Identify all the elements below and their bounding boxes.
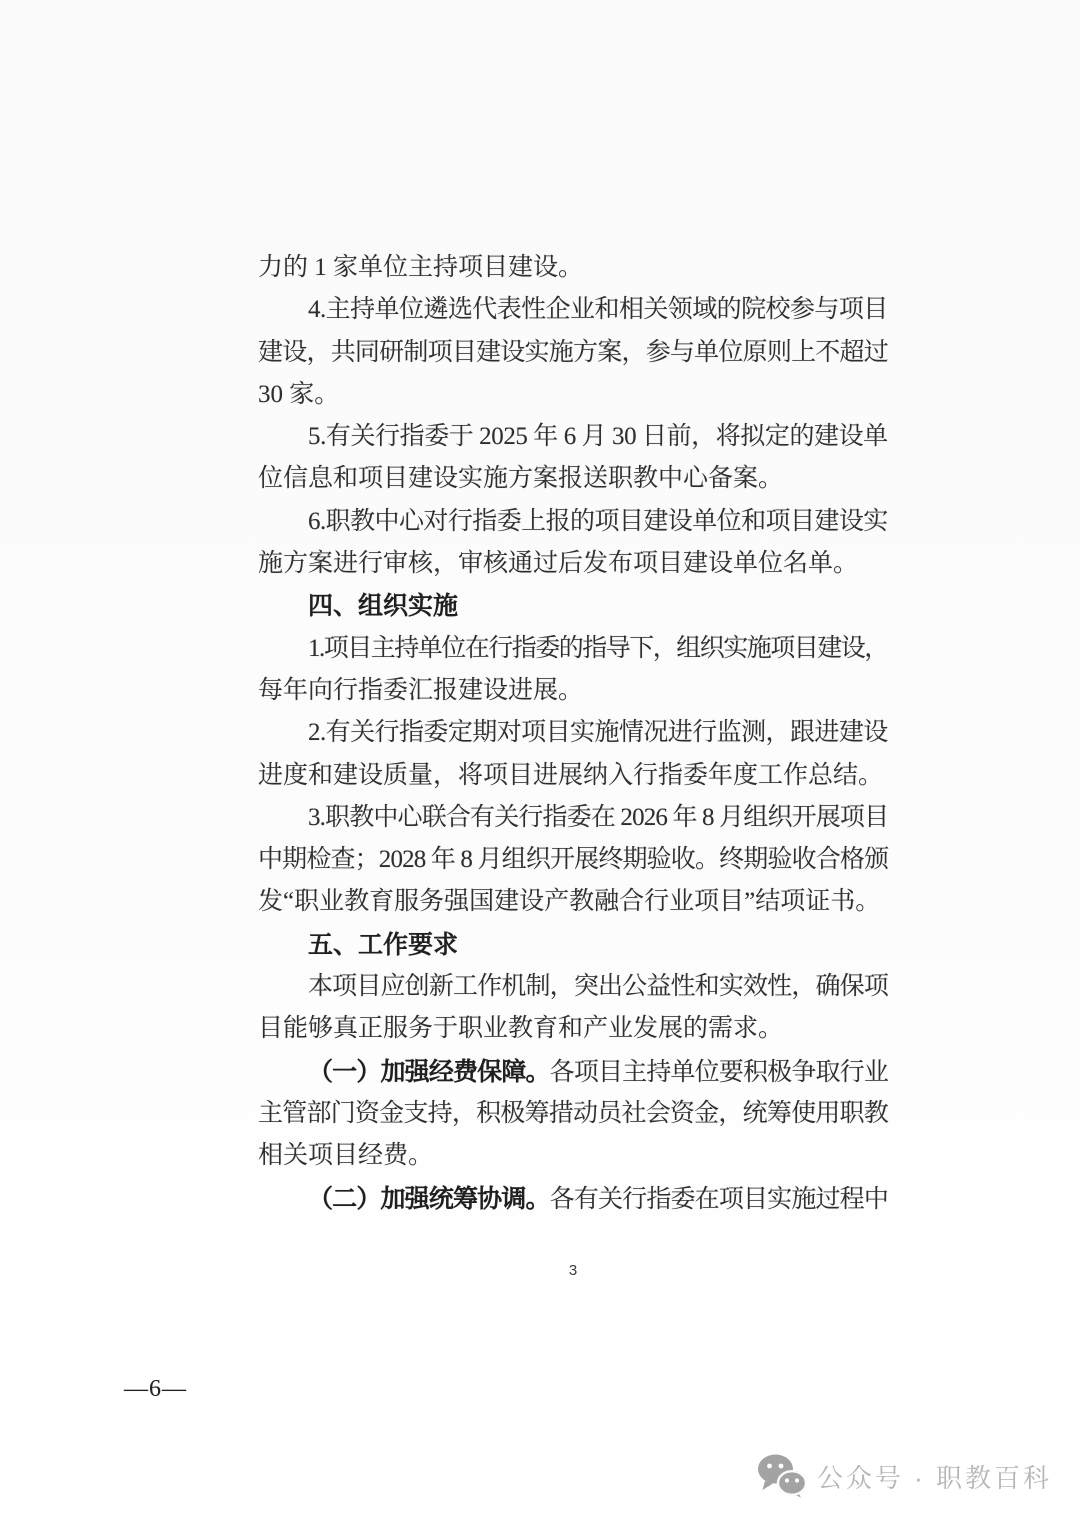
text-line: 本项目应创新工作机制，突出公益性和实效性，确保项	[258, 966, 888, 1008]
text-line: 每年向行指委汇报建设进展。	[258, 670, 888, 712]
text-segment: 发“职业教育服务强国建设产教融合行业项目”结项证书。	[258, 888, 880, 915]
outer-page-number: —6—	[124, 1376, 187, 1403]
document-page: 力的 1 家单位主持项目建设。4.主持单位遴选代表性企业和相关领域的院校参与项目…	[0, 0, 1080, 1527]
text-line: （二）加强统筹协调。各有关行指委在项目实施过程中	[258, 1178, 888, 1220]
inner-page-number: 3	[258, 1262, 888, 1279]
text-line: 2.有关行指委定期对项目实施情况进行监测，跟进建设	[258, 712, 888, 754]
text-line: 30 家。	[258, 374, 888, 416]
text-segment: 力的 1 家单位主持项目建设。	[258, 254, 583, 281]
text-segment: 4.主持单位遴选代表性企业和相关领域的院校参与项目	[308, 296, 888, 323]
text-segment: 目能够真正服务于职业教育和产业发展的需求。	[258, 1015, 783, 1042]
text-line: 5.有关行指委于 2025 年 6 月 30 日前，将拟定的建设单	[258, 416, 888, 458]
text-line: 目能够真正服务于职业教育和产业发展的需求。	[258, 1008, 888, 1050]
text-segment: 2.有关行指委定期对项目实施情况进行监测，跟进建设	[308, 719, 888, 746]
bold-text-segment: （一）加强经费保障。	[308, 1058, 550, 1086]
wechat-icon	[756, 1452, 808, 1500]
text-segment: 各有关行指委在项目实施过程中	[550, 1186, 888, 1213]
text-segment: 3.职教中心联合有关行指委在 2026 年 8 月组织开展项目	[308, 804, 888, 831]
text-line: 位信息和项目建设实施方案报送职教中心备案。	[258, 458, 888, 500]
text-segment: 位信息和项目建设实施方案报送职教中心备案。	[258, 465, 783, 492]
bold-text-segment: 四、组织实施	[308, 592, 458, 620]
text-segment: 建设，共同研制项目建设实施方案，参与单位原则上不超过	[258, 339, 888, 366]
text-segment: 进度和建设质量，将项目进展纳入行指委年度工作总结。	[258, 762, 883, 789]
text-segment: 施方案进行审核，审核通过后发布项目建设单位名单。	[258, 550, 858, 577]
wechat-account-label: 公众号 · 职教百科	[817, 1458, 1052, 1495]
text-segment: 相关项目经费。	[258, 1142, 433, 1169]
section-heading: 五、工作要求	[258, 924, 888, 966]
text-line: 3.职教中心联合有关行指委在 2026 年 8 月组织开展项目	[258, 797, 888, 839]
text-line: 进度和建设质量，将项目进展纳入行指委年度工作总结。	[258, 755, 888, 797]
text-segment: 中期检查；2028 年 8 月组织开展终期验收。终期验收合格颁	[258, 846, 888, 873]
text-line: 6.职教中心对行指委上报的项目建设单位和项目建设实	[258, 501, 888, 543]
text-segment: 6.职教中心对行指委上报的项目建设单位和项目建设实	[308, 508, 888, 535]
text-segment: 本项目应创新工作机制，突出公益性和实效性，确保项	[308, 973, 888, 1000]
text-line: 发“职业教育服务强国建设产教融合行业项目”结项证书。	[258, 881, 888, 923]
text-segment: 5.有关行指委于 2025 年 6 月 30 日前，将拟定的建设单	[308, 423, 888, 450]
text-segment: 1.项目主持单位在行指委的指导下，组织实施项目建设，	[308, 635, 888, 662]
text-line: 相关项目经费。	[258, 1135, 888, 1177]
text-line: 中期检查；2028 年 8 月组织开展终期验收。终期验收合格颁	[258, 839, 888, 881]
text-segment: 各项目主持单位要积极争取行业	[550, 1059, 888, 1086]
text-line: 主管部门资金支持，积极筹措动员社会资金，统筹使用职教	[258, 1093, 888, 1135]
text-segment: 主管部门资金支持，积极筹措动员社会资金，统筹使用职教	[258, 1100, 888, 1127]
text-segment: 30 家。	[258, 381, 339, 408]
wechat-footer: 公众号 · 职教百科	[756, 1452, 1052, 1500]
section-heading: 四、组织实施	[258, 585, 888, 627]
bold-text-segment: （二）加强统筹协调。	[308, 1185, 550, 1213]
text-line: 4.主持单位遴选代表性企业和相关领域的院校参与项目	[258, 289, 888, 331]
text-segment: 每年向行指委汇报建设进展。	[258, 677, 583, 704]
text-line: 施方案进行审核，审核通过后发布项目建设单位名单。	[258, 543, 888, 585]
document-text-block: 力的 1 家单位主持项目建设。4.主持单位遴选代表性企业和相关领域的院校参与项目…	[258, 247, 888, 1220]
text-line: 建设，共同研制项目建设实施方案，参与单位原则上不超过	[258, 332, 888, 374]
text-line: （一）加强经费保障。各项目主持单位要积极争取行业	[258, 1051, 888, 1093]
bold-text-segment: 五、工作要求	[308, 931, 458, 959]
text-line: 力的 1 家单位主持项目建设。	[258, 247, 888, 289]
text-line: 1.项目主持单位在行指委的指导下，组织实施项目建设，	[258, 628, 888, 670]
